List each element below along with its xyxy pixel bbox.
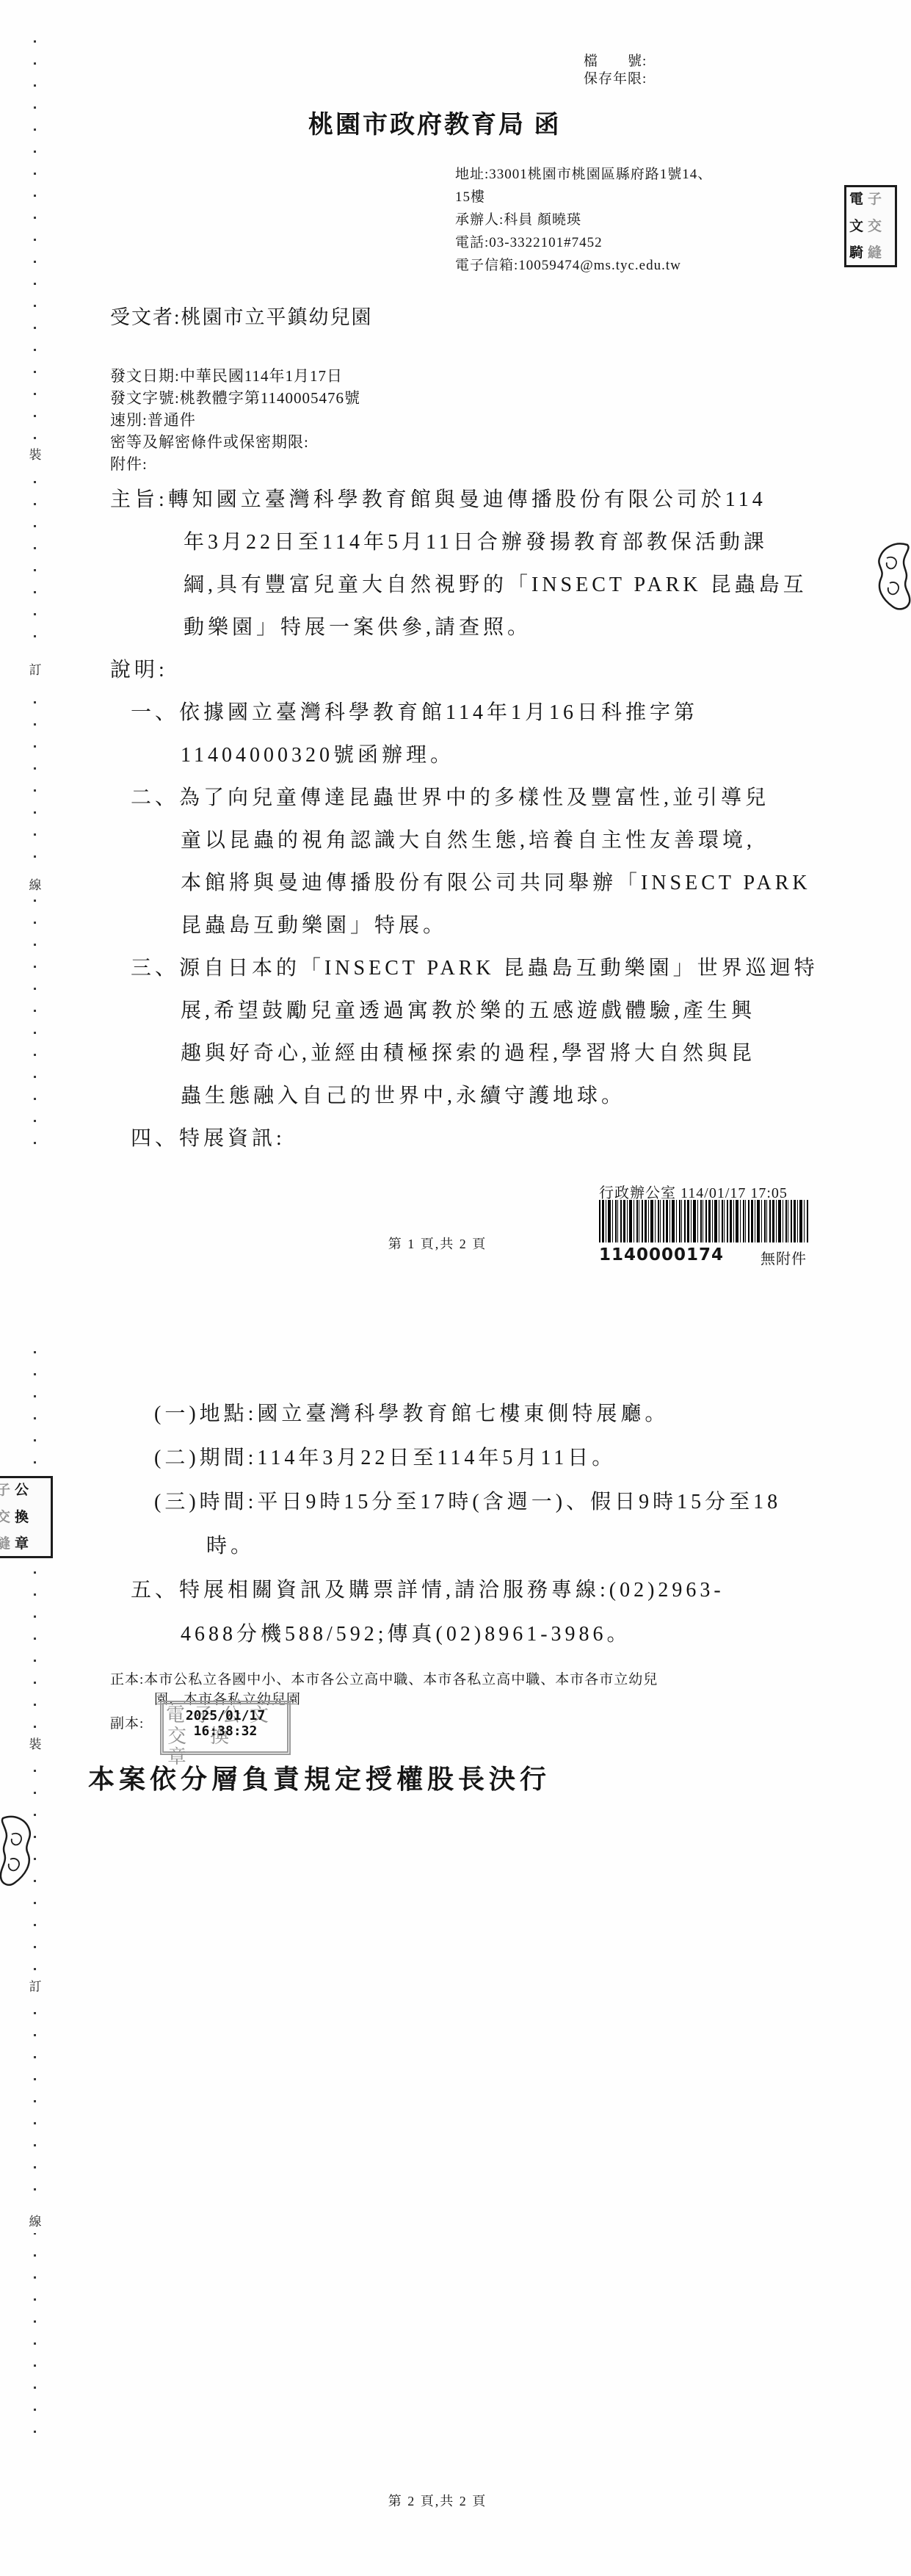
- subject-line-3: 綱,具有豐富兒童大自然視野的「INSECT PARK 昆蟲島互: [184, 568, 807, 598]
- sender-contact: 承辦人:科員 顏曉瑛: [455, 209, 581, 228]
- doc-number-line: 發文字號:桃教體字第1140005476號: [110, 386, 360, 408]
- exchange-stamp-date: 2025/01/17: [164, 1709, 287, 1724]
- document-title: 桃園市政府教育局 函: [308, 104, 562, 140]
- seam-stamp-left-col1: 子 交 縫: [0, 1482, 10, 1552]
- seam-stamp-left-col2: 公 換 章: [15, 1482, 29, 1552]
- office-stamp-text: 行政辦公室 114/01/17 17:05: [599, 1181, 788, 1202]
- explanation-item3-line4: 蟲生態融入自己的世界中,永續守護地球。: [181, 1079, 625, 1109]
- binding-dotted-line-page1: [34, 40, 36, 1153]
- explanation-item1-line1: 一、依據國立臺灣科學教育館114年1月16日科推字第: [131, 696, 698, 726]
- seam-stamp-right: 電 文 騎 子 交 縫: [844, 185, 897, 267]
- recipient-line: 受文者:桃園市立平鎮幼兒園: [110, 301, 373, 330]
- explanation-item4: 四、特展資訊:: [131, 1122, 286, 1151]
- page1-footer: 第 1 頁,共 2 頁: [0, 1234, 875, 1253]
- exhibit-location-line: (一)地點:國立臺灣科學教育館七樓東側特展廳。: [154, 1397, 669, 1427]
- subject-line-4: 動樂園」特展一案供參,請查照。: [184, 611, 531, 640]
- exhibit-period-line: (二)期間:114年3月22日至114年5月11日。: [154, 1441, 616, 1471]
- seam-stamp-right-col2: 子 交 縫: [868, 191, 882, 261]
- explanation-item2-line3: 本館將與曼迪傳播股份有限公司共同舉辦「INSECT PARK: [181, 866, 811, 896]
- original-copy-line1: 正本:本市公私立各國中小、本市各公立高中職、本市各私立高中職、本市各市立幼兒: [110, 1668, 658, 1688]
- binding-mark-zhuang-page1: 裝: [26, 441, 44, 466]
- exchange-stamp-time: 16:38:32: [164, 1724, 287, 1740]
- explanation-item5-line2: 4688分機588/592;傳真(02)8961-3986。: [181, 1618, 631, 1647]
- seal-smudge-icon: [874, 540, 911, 617]
- speed-line: 速別:普通件: [110, 408, 196, 430]
- file-number-label: 檔 號:: [584, 50, 647, 70]
- explanation-item1-line2: 11404000320號函辦理。: [181, 739, 454, 768]
- subject-line-1: 主旨:轉知國立臺灣科學教育館與曼迪傳播股份有限公司於114: [110, 483, 766, 513]
- seam-stamp-right-col1: 電 文 騎: [849, 191, 863, 261]
- sender-phone: 電話:03-3322101#7452: [455, 231, 603, 251]
- explanation-item2-line2: 童以昆蟲的視角認識大自然生態,培養自主性友善環境,: [181, 824, 755, 853]
- seam-stamp-left: 子 交 縫 公 換 章: [0, 1476, 53, 1558]
- electronic-exchange-stamp: 電子公文 交換章 2025/01/17 16:38:32: [160, 1701, 291, 1755]
- delegation-decision-note: 本案依分層負責規定授權股長決行: [88, 1759, 551, 1796]
- sender-address-line1: 地址:33001桃園市桃園區縣府路1號14、: [455, 163, 712, 183]
- attachment-line: 附件:: [110, 452, 148, 474]
- sender-address-line2: 15樓: [455, 186, 485, 206]
- issue-date-line: 發文日期:中華民國114年1月17日: [110, 364, 343, 386]
- exhibit-hours-line2: 時。: [206, 1530, 255, 1559]
- explanation-item2-line1: 二、為了向兒童傳達昆蟲世界中的多樣性及豐富性,並引導兒: [131, 781, 769, 811]
- explanation-label: 說明:: [110, 654, 168, 683]
- explanation-item3-line2: 展,希望鼓勵兒童透過寓教於樂的五感遊戲體驗,產生興: [181, 994, 755, 1024]
- exhibit-hours-line1: (三)時間:平日9時15分至17時(含週一)、假日9時15分至18: [154, 1486, 781, 1515]
- binding-mark-xian-page1: 線: [26, 871, 44, 897]
- sender-email: 電子信箱:10059474@ms.tyc.edu.tw: [455, 254, 681, 274]
- seal-smudge-icon: [0, 1812, 35, 1893]
- binding-mark-ding-page2: 訂: [26, 1972, 44, 1998]
- retention-period-label: 保存年限:: [584, 68, 647, 87]
- explanation-item3-line1: 三、源自日本的「INSECT PARK 昆蟲島互動樂園」世界巡迴特: [131, 952, 819, 981]
- exchange-stamp-datetime: 2025/01/17 16:38:32: [164, 1709, 287, 1739]
- carbon-copy-label: 副本:: [110, 1712, 144, 1732]
- scanned-official-letter: 裝 訂 線 裝 訂 線 檔 號: 保存年限: 桃園市政府教育局 函 地址:330…: [0, 0, 911, 2576]
- page2-footer: 第 2 頁,共 2 頁: [0, 2491, 875, 2510]
- binding-mark-xian-page2: 線: [26, 2207, 44, 2233]
- subject-line-2: 年3月22日至114年5月11日合辦發揚教育部教保活動課: [184, 526, 768, 555]
- binding-mark-ding-page1: 訂: [26, 656, 44, 681]
- explanation-item2-line4: 昆蟲島互動樂園」特展。: [181, 909, 447, 938]
- explanation-item3-line3: 趣與好奇心,並經由積極探索的過程,學習將大自然與昆: [181, 1037, 755, 1066]
- secrecy-line: 密等及解密條件或保密期限:: [110, 430, 309, 452]
- binding-mark-zhuang-page2: 裝: [26, 1730, 44, 1756]
- explanation-item5-line1: 五、特展相關資訊及購票詳情,請洽服務專線:(02)2963-: [131, 1574, 725, 1603]
